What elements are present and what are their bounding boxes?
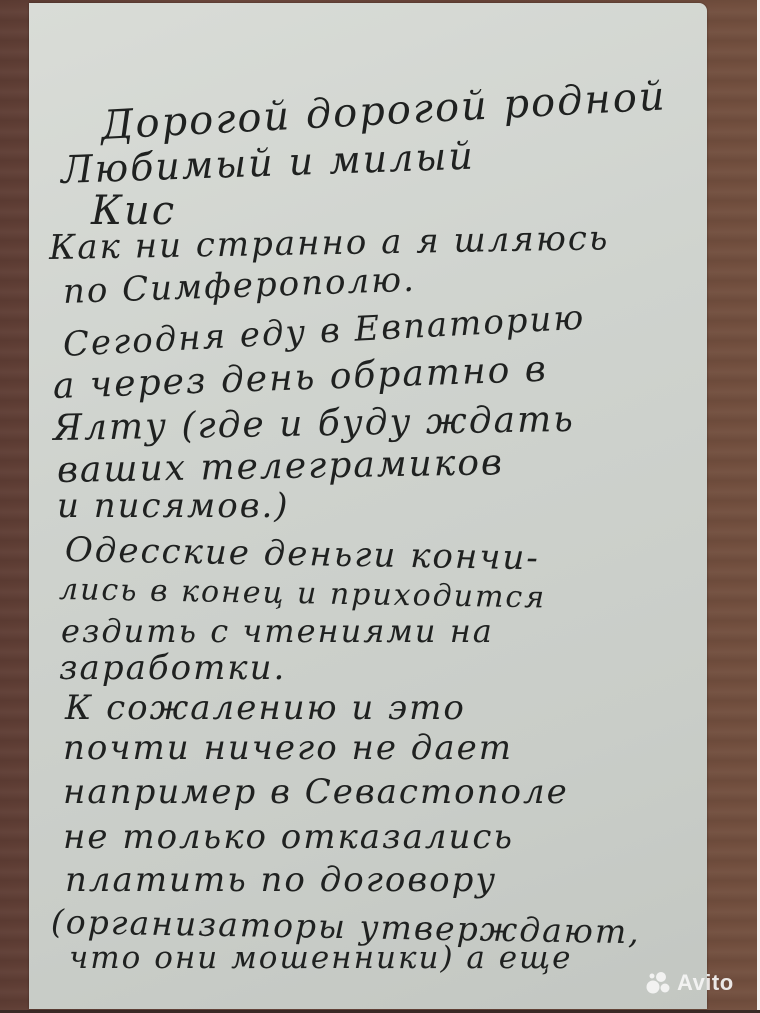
letter-paper: Дорогой дорогой родной Любимый и милый К…	[29, 3, 707, 1009]
watermark-label: Avito	[677, 970, 734, 996]
letter-line: ездить с чтениями на	[61, 615, 494, 647]
letter-line: не только отказались	[63, 820, 514, 854]
letter-line: Одесские деньги кончи-	[65, 533, 540, 575]
letter-line: ваших телеграмиков	[57, 445, 505, 489]
letter-line: Дорогой дорогой родной	[100, 76, 668, 146]
letter-line: Как ни странно а я шляюсь	[49, 221, 610, 265]
letter-line: и писямов.)	[57, 489, 290, 523]
letter-line: Ялту (где и буду ждать	[53, 402, 575, 447]
letter-line: по Симферополю.	[62, 263, 416, 309]
letter-line: например в Севастополе	[63, 775, 569, 809]
letter-line: заработки.	[59, 651, 286, 685]
avito-dots-icon	[646, 971, 672, 995]
avito-watermark: Avito	[646, 970, 734, 996]
letter-line: лись в конец и приходится	[59, 575, 547, 613]
letter-line: почти ничего не дает	[63, 731, 513, 765]
letter-line: К сожалению и это	[65, 691, 466, 725]
letter-line: платить по договору	[65, 863, 497, 897]
letter-line: что они мошенники) а еще	[69, 943, 572, 974]
